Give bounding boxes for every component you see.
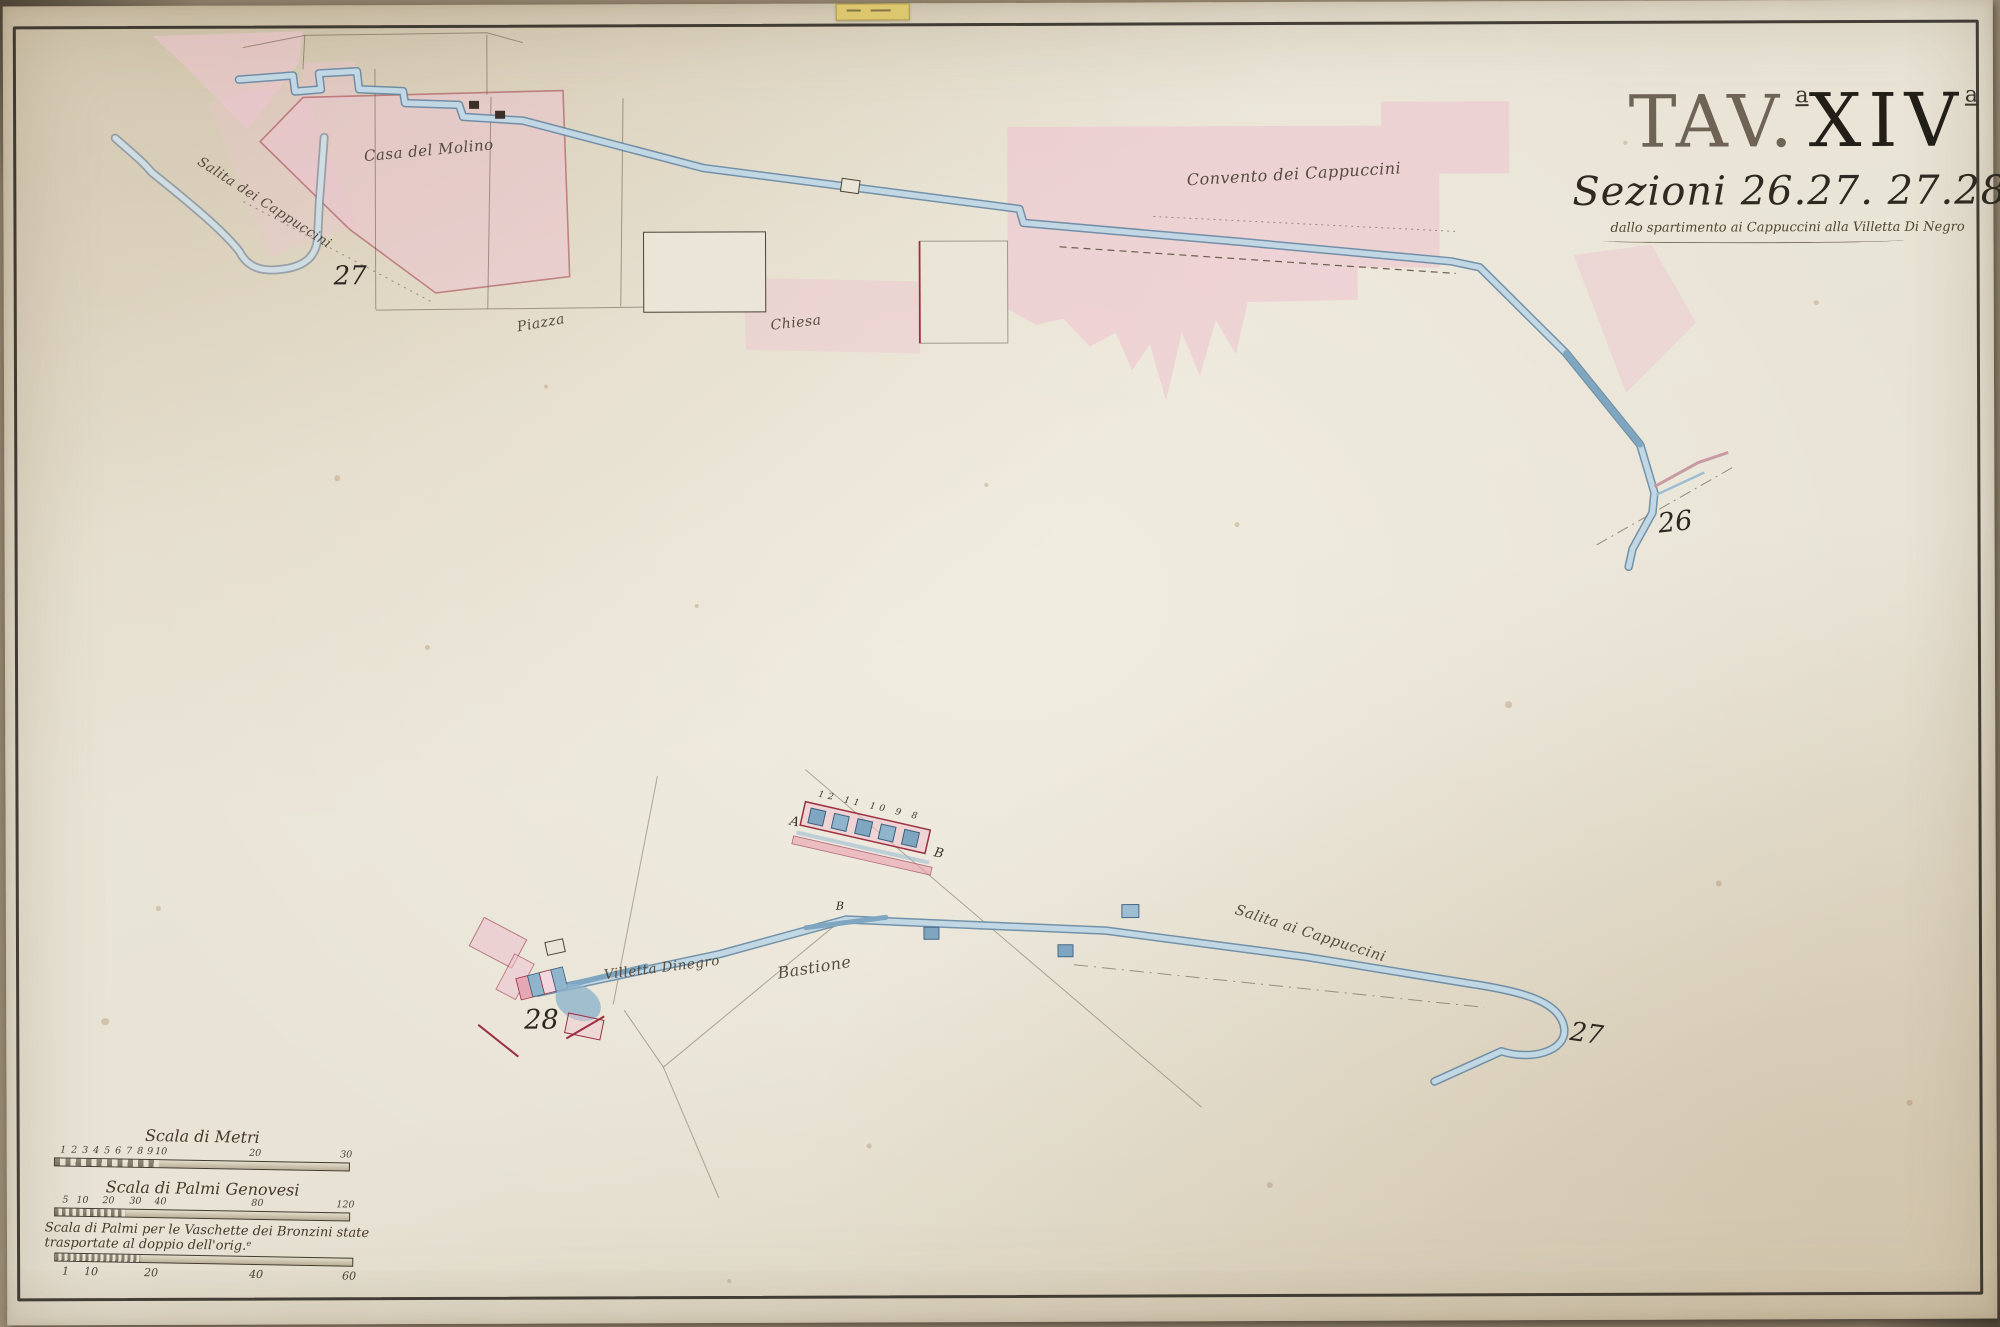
building-chiesa-outline (643, 232, 765, 312)
bronzino-marker (1058, 945, 1073, 957)
scale-tick: 30 (340, 1149, 352, 1160)
scale-tick: 5 (104, 1145, 110, 1156)
scale-tick: 20 (144, 1266, 158, 1279)
sheet-dedication: dallo spartimento ai Cappuccini alla Vil… (1558, 220, 1978, 236)
scale-tick: 1 (62, 1265, 69, 1278)
scale-subdivisions (55, 1208, 125, 1216)
sluice-marker (840, 178, 860, 193)
vaschette-cluster (469, 917, 607, 1057)
scale-tick: 20 (102, 1195, 114, 1206)
scale-tick: 6 (115, 1145, 121, 1156)
building-block-outline (920, 241, 1008, 343)
scale-tick: 40 (154, 1196, 166, 1207)
scale-tick: 60 (342, 1270, 356, 1283)
channel-lower-fill (538, 917, 1565, 1085)
channel-branch-blue (1656, 473, 1704, 495)
dashdot-axis-lower (1074, 963, 1484, 1008)
scale-tick: 5 (62, 1194, 68, 1205)
title-numeral: XIV (1808, 78, 1965, 165)
pink-block-convento (1007, 101, 1510, 401)
scale-tick: 40 (249, 1268, 263, 1281)
gate-marker (469, 101, 479, 109)
point-letter-b: B (836, 900, 844, 913)
sheet-subtitle: Sezioni 26.27. 27.28 (1558, 168, 1978, 215)
inset-opening (808, 808, 826, 826)
bronzino-marker (924, 927, 939, 939)
scale-tick: 30 (129, 1196, 141, 1207)
scale-tick: 20 (249, 1148, 261, 1159)
scale-tick: 9 (147, 1146, 153, 1157)
pink-block-east-band (1574, 245, 1697, 393)
section-number-27-upper: 27 (334, 261, 367, 291)
red-edge-mark (478, 1025, 518, 1057)
scale-subdivisions (55, 1254, 140, 1262)
dedication-flourish (1603, 237, 1905, 244)
pink-block-chiesa (744, 277, 920, 354)
section-number-28: 28 (524, 1005, 558, 1036)
title-superscript-b: a (1965, 82, 1978, 107)
photo-backing: Salita dei Cappuccini Casa del Molino Pi… (0, 0, 2000, 1327)
inset-opening (878, 824, 896, 842)
scale-tick: 7 (126, 1146, 132, 1157)
section-number-27-lower: 27 (1568, 1017, 1605, 1051)
scale-tick: 10 (155, 1146, 167, 1157)
scale-tick: 10 (84, 1265, 98, 1278)
channel-lower-edge (538, 917, 1565, 1085)
sheet-title: TAV.aXIVa (1558, 78, 1978, 165)
scale-tick: 4 (93, 1145, 99, 1156)
scale-bar-metri: Scala di Metri 1 2 3 4 5 6 7 8 9 10 20 3… (52, 1124, 352, 1148)
inset-opening (901, 829, 919, 847)
scale-tick: 80 (251, 1198, 263, 1209)
scale-tick: 2 (71, 1145, 77, 1156)
scale-tick: 8 (137, 1146, 143, 1157)
title-block: TAV.aXIVa Sezioni 26.27. 27.28 dallo spa… (1558, 78, 1979, 244)
scale-subdivisions (55, 1158, 159, 1167)
scale-tick: 1 (60, 1144, 66, 1155)
scale-tick: 3 (82, 1145, 88, 1156)
title-superscript-a: a (1795, 83, 1808, 108)
scale-tick: 120 (336, 1199, 354, 1210)
inset-opening (855, 819, 873, 837)
bronzino-marker (1122, 905, 1139, 918)
channel-branch-pink (1654, 452, 1728, 486)
title-prefix: TAV. (1629, 79, 1796, 164)
scale-tick: 10 (76, 1195, 88, 1206)
sluice-marker (545, 939, 565, 956)
inset-opening (831, 813, 849, 831)
map-sheet: Salita dei Cappuccini Casa del Molino Pi… (3, 0, 1998, 1325)
gate-marker (495, 111, 505, 119)
section-number-26: 26 (1656, 505, 1694, 540)
pink-block-zigzag (301, 61, 357, 101)
